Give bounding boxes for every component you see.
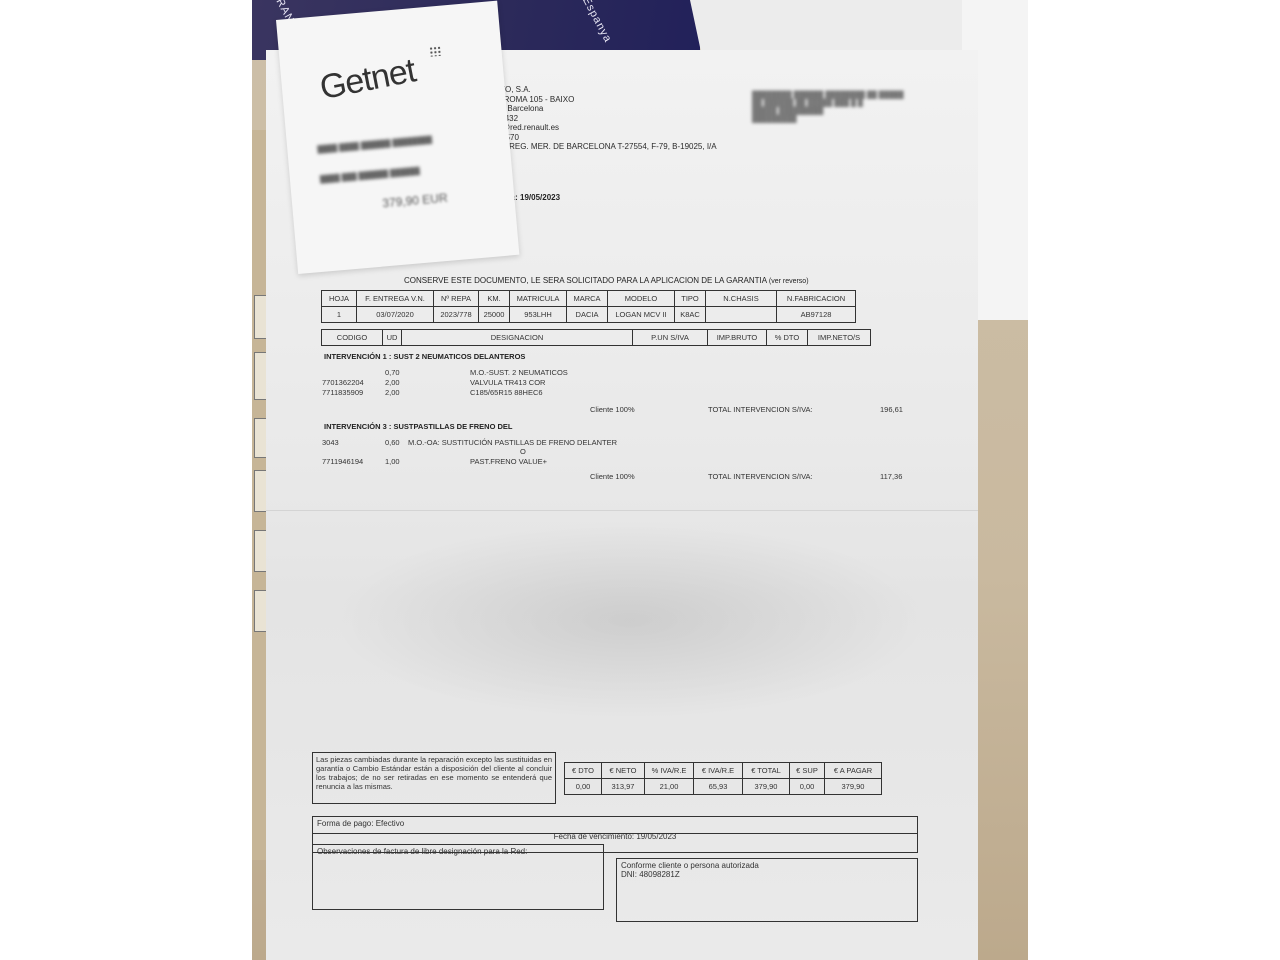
intervention-total-label: TOTAL INTERVENCION S/IVA: — [708, 472, 813, 481]
totals-value-cell: 21,00 — [645, 779, 694, 795]
vehicle-header-row: HOJAF. ENTREGA V.N.Nº REPAKM.MATRICULAMA… — [322, 291, 856, 307]
totals-value-cell: 379,90 — [825, 779, 882, 795]
line-header-cell: CODIGO — [322, 330, 383, 346]
observations-label: Observaciones de factura de libre design… — [317, 847, 527, 856]
customer-line: █████████ — [752, 116, 904, 124]
totals-header-cell: € SUP — [790, 763, 825, 779]
line-header-cell: P.UN S/IVA — [633, 330, 708, 346]
vehicle-header-cell: Nº REPA — [434, 291, 479, 307]
vehicle-header-cell: MARCA — [567, 291, 608, 307]
totals-header-cell: € TOTAL — [743, 763, 790, 779]
company-address: AVDA. ROMA 105 - BAIXO — [478, 95, 717, 105]
line-units: 1,00 — [385, 457, 400, 466]
vehicle-value-cell: 2023/778 — [434, 307, 479, 323]
due-date: Fecha de vencimiento: 19/05/2023 — [554, 832, 677, 841]
vehicle-header-cell: KM. — [479, 291, 510, 307]
vehicle-header-cell: MATRICULA — [510, 291, 567, 307]
line-code: 3043 — [322, 438, 339, 447]
intervention-total-label: TOTAL INTERVENCION S/IVA: — [708, 405, 813, 414]
customer-dni: DNI: 48098281Z — [621, 870, 913, 879]
line-units: 2,00 — [385, 378, 400, 387]
line-designation: C185/65R15 88HEC6 — [470, 388, 543, 397]
company-email: acauto@red.renault.es — [478, 123, 717, 133]
vehicle-header-cell: F. ENTREGA V.N. — [357, 291, 434, 307]
vehicle-header-cell: HOJA — [322, 291, 357, 307]
company-name: ACAUTO, S.A. — [478, 85, 717, 95]
line-header-cell: % DTO — [767, 330, 808, 346]
line-header-row: CODIGOUDDESIGNACIONP.UN S/IVAIMP.BRUTO% … — [322, 330, 871, 346]
payment-method: Forma de pago: Efectivo — [317, 819, 404, 828]
parts-notice: Las piezas cambiadas durante la reparaci… — [312, 752, 556, 804]
warranty-notice: CONSERVE ESTE DOCUMENTO, LE SERA SOLICIT… — [404, 276, 809, 285]
customer-line: ██ ██████ ██ █████ ███ █ █ — [752, 100, 904, 108]
customer-address-redacted: ████████ ██████ ████████ ██ █████ ██ ███… — [752, 92, 904, 124]
observations-box: Observaciones de factura de libre design… — [312, 844, 604, 910]
invoice-date-value: 19/05/2023 — [520, 193, 560, 202]
vehicle-value-cell: 953LHH — [510, 307, 567, 323]
client-share: Cliente 100% — [590, 472, 635, 481]
vehicle-header-cell: MODELO — [608, 291, 675, 307]
vehicle-value-cell: DACIA — [567, 307, 608, 323]
totals-header-cell: € NETO — [602, 763, 645, 779]
signature-box: Conforme cliente o persona autorizada DN… — [616, 858, 918, 922]
warranty-notice-text: CONSERVE ESTE DOCUMENTO, LE SERA SOLICIT… — [404, 276, 767, 285]
vehicle-header-cell: N.CHASIS — [706, 291, 777, 307]
line-designation: M.O.-OA: SUSTITUCIÓN PASTILLAS DE FRENO … — [408, 438, 617, 447]
totals-header-cell: % IVA/R.E — [645, 763, 694, 779]
totals-header-cell: € IVA/R.E — [694, 763, 743, 779]
line-designation-wrap: O — [520, 447, 526, 456]
line-designation: M.O.-SUST. 2 NEUMATICOS — [470, 368, 568, 377]
vehicle-value-cell: 1 — [322, 307, 357, 323]
line-designation: PAST.FRENO VALUE+ — [470, 457, 547, 466]
totals-value-cell: 313,97 — [602, 779, 645, 795]
line-designation: VALVULA TR413 COR — [470, 378, 545, 387]
totals-value-cell: 65,93 — [694, 779, 743, 795]
vehicle-value-cell: 25000 — [479, 307, 510, 323]
getnet-logo: Getnet — [317, 51, 419, 108]
receipt-amount: 379,90 EUR — [382, 191, 448, 211]
company-registry: INS. EN REG. MER. DE BARCELONA T-27554, … — [478, 142, 717, 152]
paper-fold — [266, 510, 978, 511]
line-units: 2,00 — [385, 388, 400, 397]
client-share: Cliente 100% — [590, 405, 635, 414]
receipt-text: ████ ████ ██████ ████████ — [317, 137, 432, 154]
line-header-cell: UD — [383, 330, 402, 346]
customer-line: █████ █████████ — [752, 108, 904, 116]
line-header-cell: IMP.BRUTO — [708, 330, 767, 346]
company-block: ACAUTO, S.A. AVDA. ROMA 105 - BAIXO 0802… — [478, 85, 717, 152]
vehicle-header-cell: TIPO — [675, 291, 706, 307]
totals-value-cell: 0,00 — [565, 779, 602, 795]
line-code: 7701362204 — [322, 378, 364, 387]
vehicle-value-cell: LOGAN MCV II — [608, 307, 675, 323]
vehicle-value-cell: 03/07/2020 — [357, 307, 434, 323]
totals-header-cell: € A PAGAR — [825, 763, 882, 779]
vehicle-value-row: 103/07/20202023/77825000953LHHDACIALOGAN… — [322, 307, 856, 323]
totals-table: € DTO€ NETO% IVA/R.E€ IVA/R.E€ TOTAL€ SU… — [564, 762, 882, 795]
line-items-header: CODIGOUDDESIGNACIONP.UN S/IVAIMP.BRUTO% … — [321, 329, 871, 346]
shadow — [330, 520, 930, 720]
vehicle-table: HOJAF. ENTREGA V.N.Nº REPAKM.MATRICULAMA… — [321, 290, 856, 323]
line-units: 0,60 — [385, 438, 400, 447]
intervention-total: 117,36 — [880, 472, 902, 481]
company-phone: 934192432 — [478, 114, 717, 124]
customer-line: ████████ ██████ ████████ ██ █████ — [752, 92, 904, 100]
getnet-logo-dots-icon — [429, 46, 442, 57]
company-city: 08029 - Barcelona — [478, 104, 717, 114]
line-units: 0,70 — [385, 368, 400, 377]
warranty-notice-note: (ver reverso) — [769, 278, 809, 285]
line-header-cell: DESIGNACION — [402, 330, 633, 346]
vehicle-value-cell: K8AC — [675, 307, 706, 323]
totals-header-row: € DTO€ NETO% IVA/R.E€ IVA/R.E€ TOTAL€ SU… — [565, 763, 882, 779]
company-tax-id: A60664570 — [478, 133, 717, 143]
getnet-receipt: Getnet ████ ████ ██████ ████████ ████ ██… — [276, 1, 519, 274]
signature-label: Conforme cliente o persona autorizada — [621, 861, 913, 870]
totals-value-row: 0,00313,9721,0065,93379,900,00379,90 — [565, 779, 882, 795]
vehicle-value-cell — [706, 307, 777, 323]
vehicle-value-cell: AB97128 — [777, 307, 856, 323]
intervention-title: INTERVENCIÓN 3 : SUSTPASTILLAS DE FRENO … — [324, 422, 513, 431]
line-code: 7711946194 — [322, 457, 363, 466]
totals-header-cell: € DTO — [565, 763, 602, 779]
totals-value-cell: 379,90 — [743, 779, 790, 795]
line-header-cell: IMP.NETO/S — [808, 330, 871, 346]
line-code: 7711835909 — [322, 388, 363, 397]
intervention-title: INTERVENCIÓN 1 : SUST 2 NEUMATICOS DELAN… — [324, 352, 525, 361]
totals-value-cell: 0,00 — [790, 779, 825, 795]
vehicle-header-cell: N.FABRICACION — [777, 291, 856, 307]
intervention-total: 196,61 — [880, 405, 903, 414]
receipt-text: ████ ███ ██████ ██████ — [320, 168, 420, 184]
